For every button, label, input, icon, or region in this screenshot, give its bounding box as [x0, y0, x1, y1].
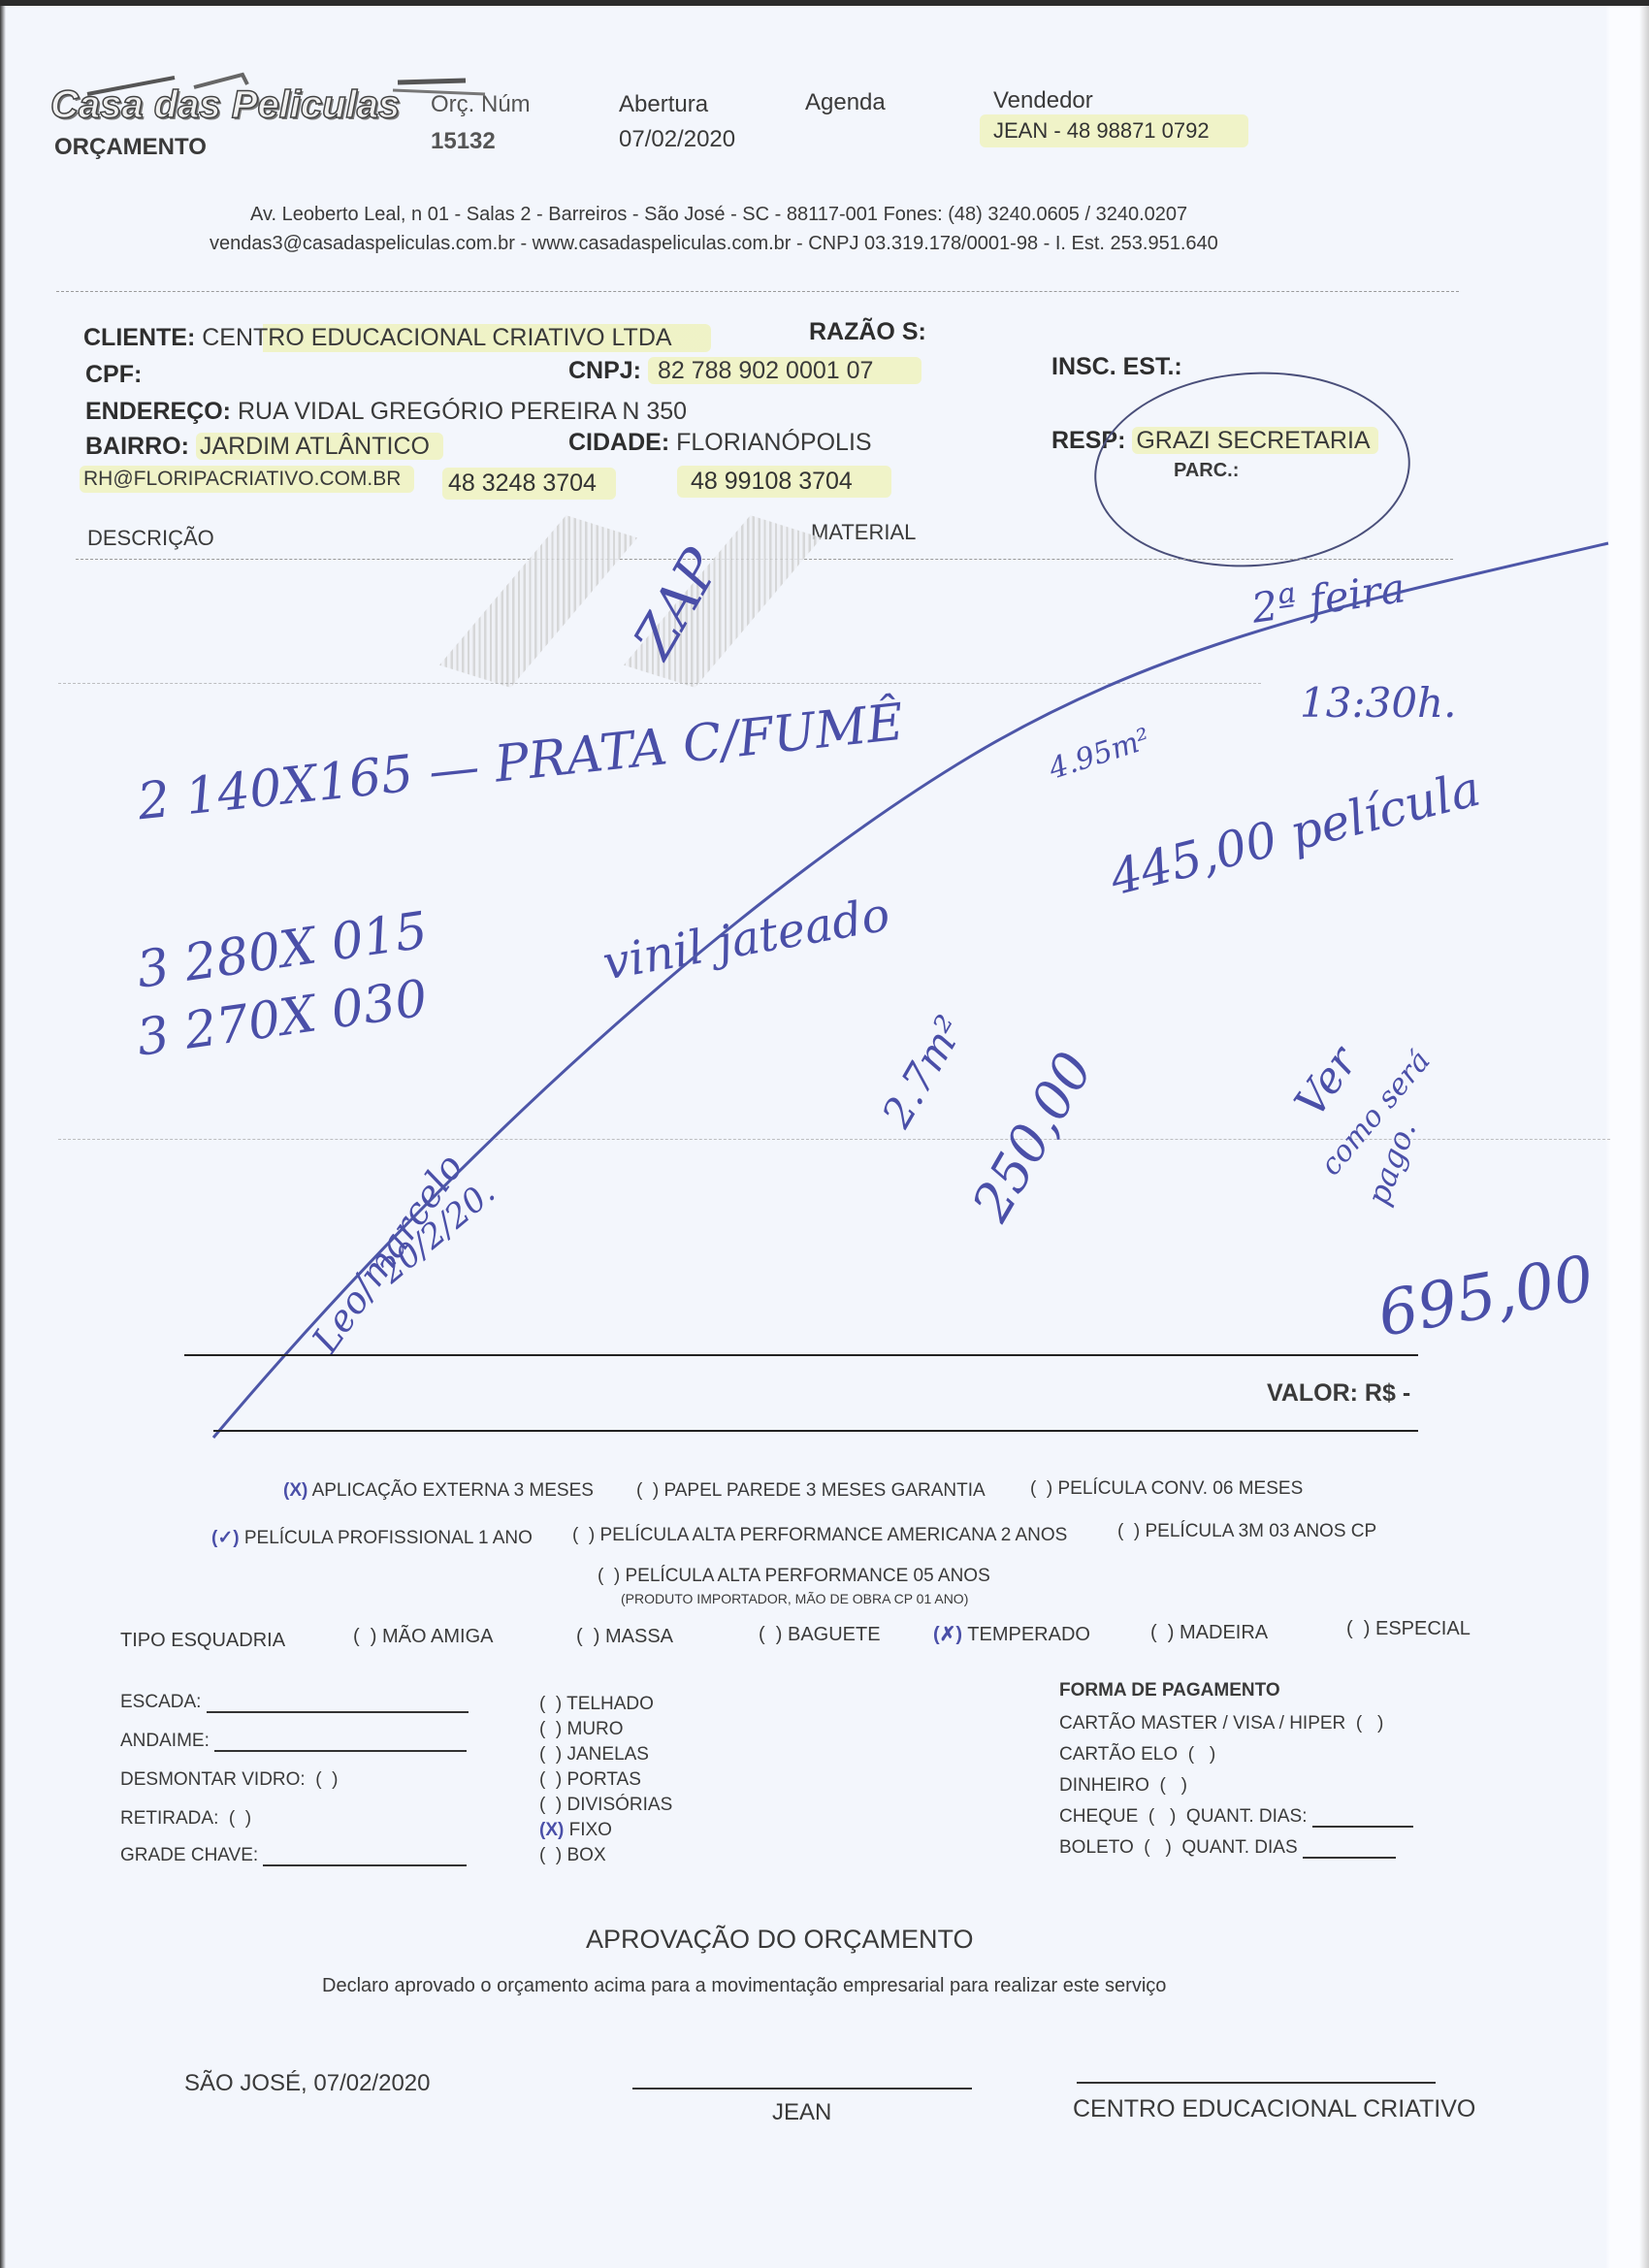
option-pelicula-3m[interactable]: ( ) PELÍCULA 3M 03 ANOS CP: [1117, 1521, 1376, 1542]
option-muro[interactable]: ( ) MURO: [539, 1717, 672, 1742]
cheque-days-blank[interactable]: [1312, 1826, 1413, 1828]
approval-declaration: Declaro aprovado o orçamento acima para …: [322, 1975, 1166, 1997]
payment-elo[interactable]: CARTÃO ELO ( ): [1059, 1744, 1215, 1766]
checkbox-empty-icon: ( ): [1346, 1618, 1370, 1639]
checkbox-empty-icon: ( ): [353, 1626, 376, 1647]
option-especial[interactable]: ( ) ESPECIAL: [1346, 1618, 1471, 1640]
approval-place-date: SÃO JOSÉ, 07/02/2020: [184, 2070, 431, 2097]
grade-chave-field[interactable]: GRADE CHAVE:: [120, 1845, 467, 1866]
esquadria-label: TIPO ESQUADRIA: [120, 1630, 285, 1652]
seller-signature-line[interactable]: [632, 2088, 972, 2090]
escada-field[interactable]: ESCADA:: [120, 1692, 469, 1713]
option-fixo[interactable]: (X) FIXO: [539, 1818, 672, 1843]
option-divisorias[interactable]: ( ) DIVISÓRIAS: [539, 1793, 672, 1818]
desmontar-vidro-field[interactable]: DESMONTAR VIDRO: ( ): [120, 1769, 339, 1791]
checkbox-empty-icon: ( ): [539, 1845, 562, 1865]
boleto-days-blank[interactable]: [1303, 1857, 1396, 1859]
checkbox-empty-icon: ( ): [539, 1769, 562, 1790]
diagonal-strike-line: [0, 0, 1649, 1455]
checkbox-empty-icon: ( ): [539, 1744, 562, 1765]
option-telhado[interactable]: ( ) TELHADO: [539, 1692, 672, 1717]
payment-master[interactable]: CARTÃO MASTER / VISA / HIPER ( ): [1059, 1713, 1383, 1734]
total-line-top: [184, 1354, 1418, 1356]
checkbox-checked-icon: (X): [539, 1820, 564, 1840]
checkbox-empty-icon: ( ): [1030, 1478, 1052, 1499]
payment-cheque[interactable]: CHEQUE ( ) QUANT. DIAS:: [1059, 1806, 1413, 1828]
checkbox-empty-icon: ( ): [539, 1795, 562, 1815]
checkbox-empty-icon: ( ): [1144, 1837, 1172, 1858]
checkbox-empty-icon: ( ): [1188, 1744, 1216, 1765]
checkbox-checked-icon: (✗): [933, 1624, 962, 1645]
checkbox-empty-icon: ( ): [310, 1769, 339, 1790]
checkbox-empty-icon: ( ): [539, 1694, 562, 1714]
option-baguete[interactable]: ( ) BAGUETE: [759, 1624, 881, 1646]
checkbox-empty-icon: ( ): [759, 1624, 782, 1645]
checkbox-empty-icon: ( ): [224, 1808, 252, 1829]
payment-boleto[interactable]: BOLETO ( ) QUANT. DIAS: [1059, 1837, 1396, 1859]
option-pelicula-conv[interactable]: ( ) PELÍCULA CONV. 06 MESES: [1030, 1478, 1303, 1500]
option-box[interactable]: ( ) BOX: [539, 1843, 672, 1868]
checkbox-empty-icon: ( ): [572, 1525, 595, 1545]
checkbox-checked-icon: (✓): [211, 1528, 240, 1548]
option-aplicacao-externa[interactable]: (X) APLICAÇÃO EXTERNA 3 MESES: [283, 1480, 594, 1502]
option-madeira[interactable]: ( ) MADEIRA: [1150, 1622, 1268, 1644]
checkbox-empty-icon: ( ): [1148, 1806, 1177, 1827]
option-mao-amiga[interactable]: ( ) MÃO AMIGA: [353, 1626, 493, 1648]
option-alta-performance-05[interactable]: ( ) PELÍCULA ALTA PERFORMANCE 05 ANOS: [598, 1566, 990, 1587]
option-janelas[interactable]: ( ) JANELAS: [539, 1742, 672, 1767]
checkbox-empty-icon: ( ): [1150, 1622, 1174, 1643]
payment-dinheiro[interactable]: DINHEIRO ( ): [1059, 1775, 1187, 1797]
checkbox-empty-icon: ( ): [636, 1480, 659, 1501]
checkbox-empty-icon: ( ): [1117, 1521, 1140, 1541]
valor-label: VALOR: R$ -: [1267, 1379, 1410, 1408]
checkbox-empty-icon: ( ): [539, 1719, 562, 1739]
option-alta-performance-americana[interactable]: ( ) PELÍCULA ALTA PERFORMANCE AMERICANA …: [572, 1525, 1067, 1546]
seller-signature-name: JEAN: [772, 2099, 831, 2126]
andaime-field[interactable]: ANDAIME:: [120, 1731, 467, 1752]
total-line-bottom: [213, 1430, 1418, 1432]
client-signature-name: CENTRO EDUCACIONAL CRIATIVO: [1073, 2095, 1475, 2123]
retirada-field[interactable]: RETIRADA: ( ): [120, 1808, 251, 1830]
option-papel-parede[interactable]: ( ) PAPEL PAREDE 3 MESES GARANTIA: [636, 1480, 986, 1502]
locais-list: ( ) TELHADO ( ) MURO ( ) JANELAS ( ) POR…: [539, 1692, 672, 1868]
option-portas[interactable]: ( ) PORTAS: [539, 1767, 672, 1793]
checkbox-empty-icon: ( ): [598, 1566, 620, 1586]
scanned-quote-document: Casa das Peliculas ORÇAMENTO Orç. Núm 15…: [0, 0, 1649, 2268]
escada-blank[interactable]: [207, 1711, 469, 1713]
checkbox-checked-icon: (X): [283, 1480, 307, 1501]
checkbox-empty-icon: ( ): [576, 1626, 599, 1647]
checkbox-empty-icon: ( ): [1356, 1713, 1384, 1733]
option-pelicula-profissional[interactable]: (✓) PELÍCULA PROFISSIONAL 1 ANO: [211, 1527, 533, 1549]
option-massa[interactable]: ( ) MASSA: [576, 1626, 673, 1648]
option-temperado[interactable]: (✗) TEMPERADO: [933, 1622, 1090, 1646]
checkbox-empty-icon: ( ): [1159, 1775, 1187, 1796]
grade-chave-blank[interactable]: [263, 1864, 467, 1866]
approval-title: APROVAÇÃO DO ORÇAMENTO: [586, 1925, 974, 1955]
client-signature-line[interactable]: [1077, 2082, 1436, 2084]
warranty-note: (PRODUTO IMPORTADOR, MÃO DE OBRA CP 01 A…: [621, 1591, 968, 1606]
payment-title: FORMA DE PAGAMENTO: [1059, 1680, 1280, 1701]
andaime-blank[interactable]: [214, 1750, 467, 1752]
